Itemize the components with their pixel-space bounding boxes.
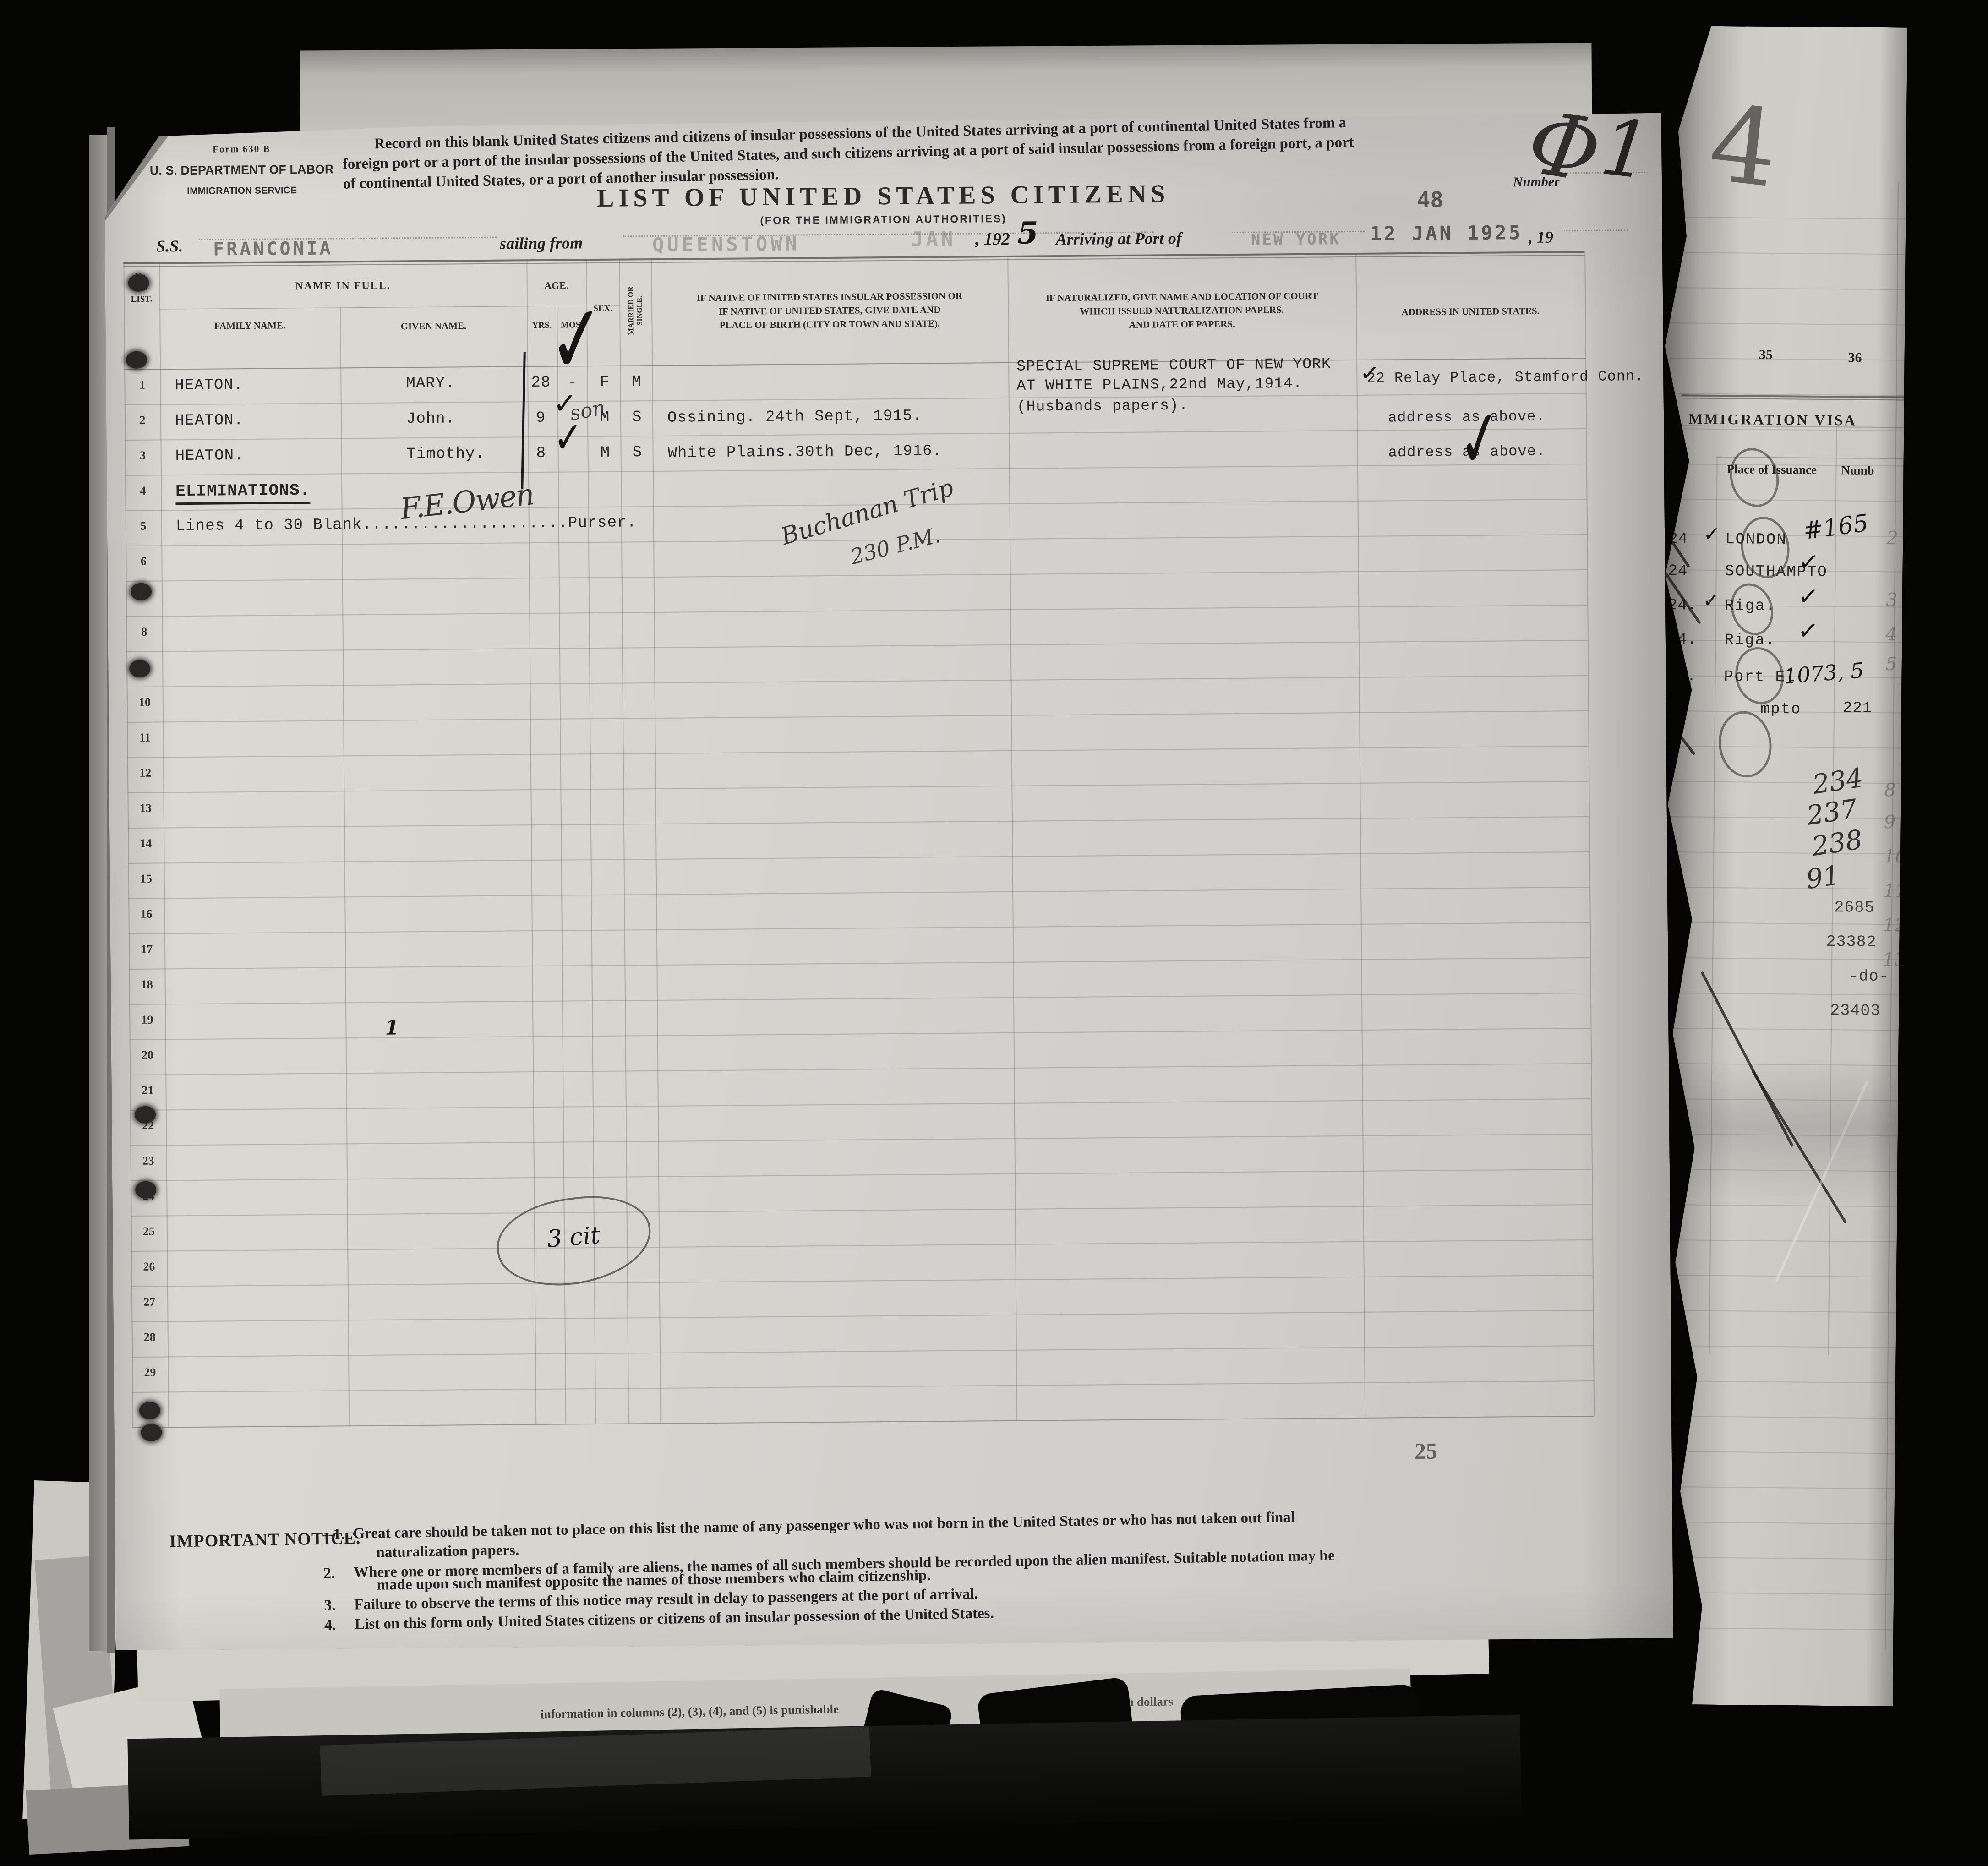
- visa-grid-hline: [1664, 746, 1901, 749]
- visa-numbers: 23423723891268523382-do-2340323458910111…: [1656, 26, 1907, 28]
- checkmark-icon: ✓: [1797, 584, 1819, 610]
- visa-grid-hline: [1658, 1416, 1895, 1419]
- visa-grid-hline: [1668, 287, 1905, 290]
- page-edge-strip: [89, 135, 107, 1651]
- visa-grid-hline: [1656, 1592, 1894, 1595]
- visa-entry-number: 221: [1843, 699, 1873, 717]
- notice-item-text: Great care should be taken not to place …: [353, 1509, 1295, 1543]
- visa-grid-hline: [1662, 993, 1899, 996]
- checkmark-icon: ✓: [1703, 591, 1720, 611]
- visa-grid-hline: [1660, 1204, 1897, 1207]
- visa-grid-hline: [1659, 1345, 1896, 1348]
- pencil-4-mark: 4: [1704, 82, 1784, 212]
- visa-grid-hline: [1657, 1557, 1894, 1560]
- checkmark-icon: ✓: [1797, 618, 1819, 644]
- pencil-loop: [1715, 708, 1775, 781]
- visa-page: 35 36 MMIGRATION VISA Place of Issuance …: [1642, 26, 1907, 1707]
- visa-grid-hline: [1657, 1522, 1894, 1525]
- fragment-text-left: information in columns (2), (3), (4), an…: [541, 1702, 839, 1721]
- visa-grid-hline: [1665, 640, 1902, 643]
- visa-typed-number: 23403: [1830, 1001, 1880, 1020]
- checkmark-icon: ✓: [1703, 524, 1720, 545]
- visa-entry-date: 24: [1668, 530, 1688, 548]
- visa-col-35: 35: [1759, 347, 1773, 363]
- pencil-loop: [1724, 443, 1785, 513]
- visa-grid-hline: [1665, 605, 1902, 608]
- manifest-page: Form 630 B U. S. DEPARTMENT OF LABOR IMM…: [104, 113, 1673, 1651]
- pencil-slash: [1751, 1070, 1847, 1224]
- visa-margin-number: 10: [1884, 846, 1907, 867]
- visa-grid-hline: [1666, 428, 1904, 431]
- visa-grid-hline: [1657, 1486, 1895, 1490]
- crease-line: [1775, 1080, 1869, 1282]
- visa-grid-hline: [1658, 1451, 1895, 1454]
- visa-handwritten-number: 91: [1804, 859, 1842, 895]
- visa-handwritten-number: 234: [1810, 762, 1865, 800]
- notice-item-text: naturalization papers.: [376, 1542, 519, 1561]
- visa-margin-number: 5: [1885, 654, 1897, 675]
- visa-grid-hline: [1667, 322, 1905, 326]
- visa-grid-hline: [1662, 922, 1900, 925]
- visa-grid-hline: [1660, 1239, 1897, 1243]
- visa-margin-number: 12: [1883, 915, 1906, 936]
- notice-item-number: 3.: [324, 1597, 336, 1614]
- visa-grid-hline: [1664, 781, 1901, 784]
- visa-margin-number: 8: [1884, 780, 1896, 801]
- visa-grid-hline: [1663, 816, 1901, 819]
- pencil-loop: [1730, 643, 1789, 708]
- visa-grid-hline: [1668, 217, 1906, 220]
- visa-grid-hline: [1667, 358, 1905, 361]
- visa-grid-hline: [1661, 1098, 1898, 1102]
- visa-margin-number: 13: [1883, 949, 1906, 970]
- checkmark-icon: ✓: [1797, 549, 1820, 575]
- pencil-loop: [1725, 578, 1780, 641]
- scanned-document-stage: information in columns (2), (3), (4), an…: [0, 0, 1988, 1866]
- pencil-slash: [1700, 971, 1794, 1147]
- visa-number-header: Numb: [1841, 463, 1874, 478]
- visa-grid-hline: [1666, 499, 1903, 502]
- visa-grid-hline: [1659, 1310, 1896, 1313]
- visa-entry-annotation: #165: [1802, 509, 1870, 545]
- visa-handwritten-number: 238: [1810, 824, 1865, 862]
- notice-item-number: --1.: [322, 1526, 345, 1544]
- visa-entry-date: 24.: [1667, 668, 1697, 686]
- visa-typed-number: 23382: [1826, 933, 1876, 951]
- important-notice: IMPORTANT NOTICE. --1.Great care should …: [97, 106, 1681, 1658]
- visa-margin-number: 2: [1886, 528, 1898, 549]
- visa-entries: 24LONDON#165✓24SOUTHAMPTO✓24.Riga.✓✓24.R…: [1656, 26, 1907, 28]
- visa-decorations: [1656, 26, 1907, 28]
- visa-entry-date: 24: [1668, 562, 1688, 580]
- visa-grid-hline: [1656, 1627, 1893, 1631]
- visa-grid-hline: [1668, 252, 1906, 255]
- visa-grid-hline: [1663, 887, 1900, 890]
- notice-item-number: 2.: [323, 1565, 335, 1582]
- visa-typed-number: 2685: [1834, 898, 1874, 917]
- visa-entry-ann: 1073, 5: [1783, 658, 1865, 689]
- visa-margin-number: 3: [1886, 589, 1898, 611]
- visa-margin-number: 11: [1883, 880, 1906, 901]
- visa-entry-date: 24.: [1667, 631, 1697, 649]
- visa-grid-hline: [1661, 1063, 1898, 1066]
- visa-grid-hline: [1662, 957, 1899, 960]
- visa-col-36: 36: [1848, 350, 1862, 366]
- visa-margin-number: 4: [1885, 624, 1897, 645]
- visa-margin-number: 9: [1884, 812, 1896, 833]
- visa-header: MMIGRATION VISA: [1688, 410, 1857, 429]
- visa-grid-hline: [1660, 1134, 1898, 1137]
- visa-grid-hline: [1660, 1169, 1897, 1172]
- visa-grid: [1656, 26, 1907, 28]
- visa-grid-hline: [1661, 1028, 1899, 1031]
- visa-grid-hline: [1658, 1380, 1895, 1384]
- notice-item-number: 4.: [324, 1616, 336, 1634]
